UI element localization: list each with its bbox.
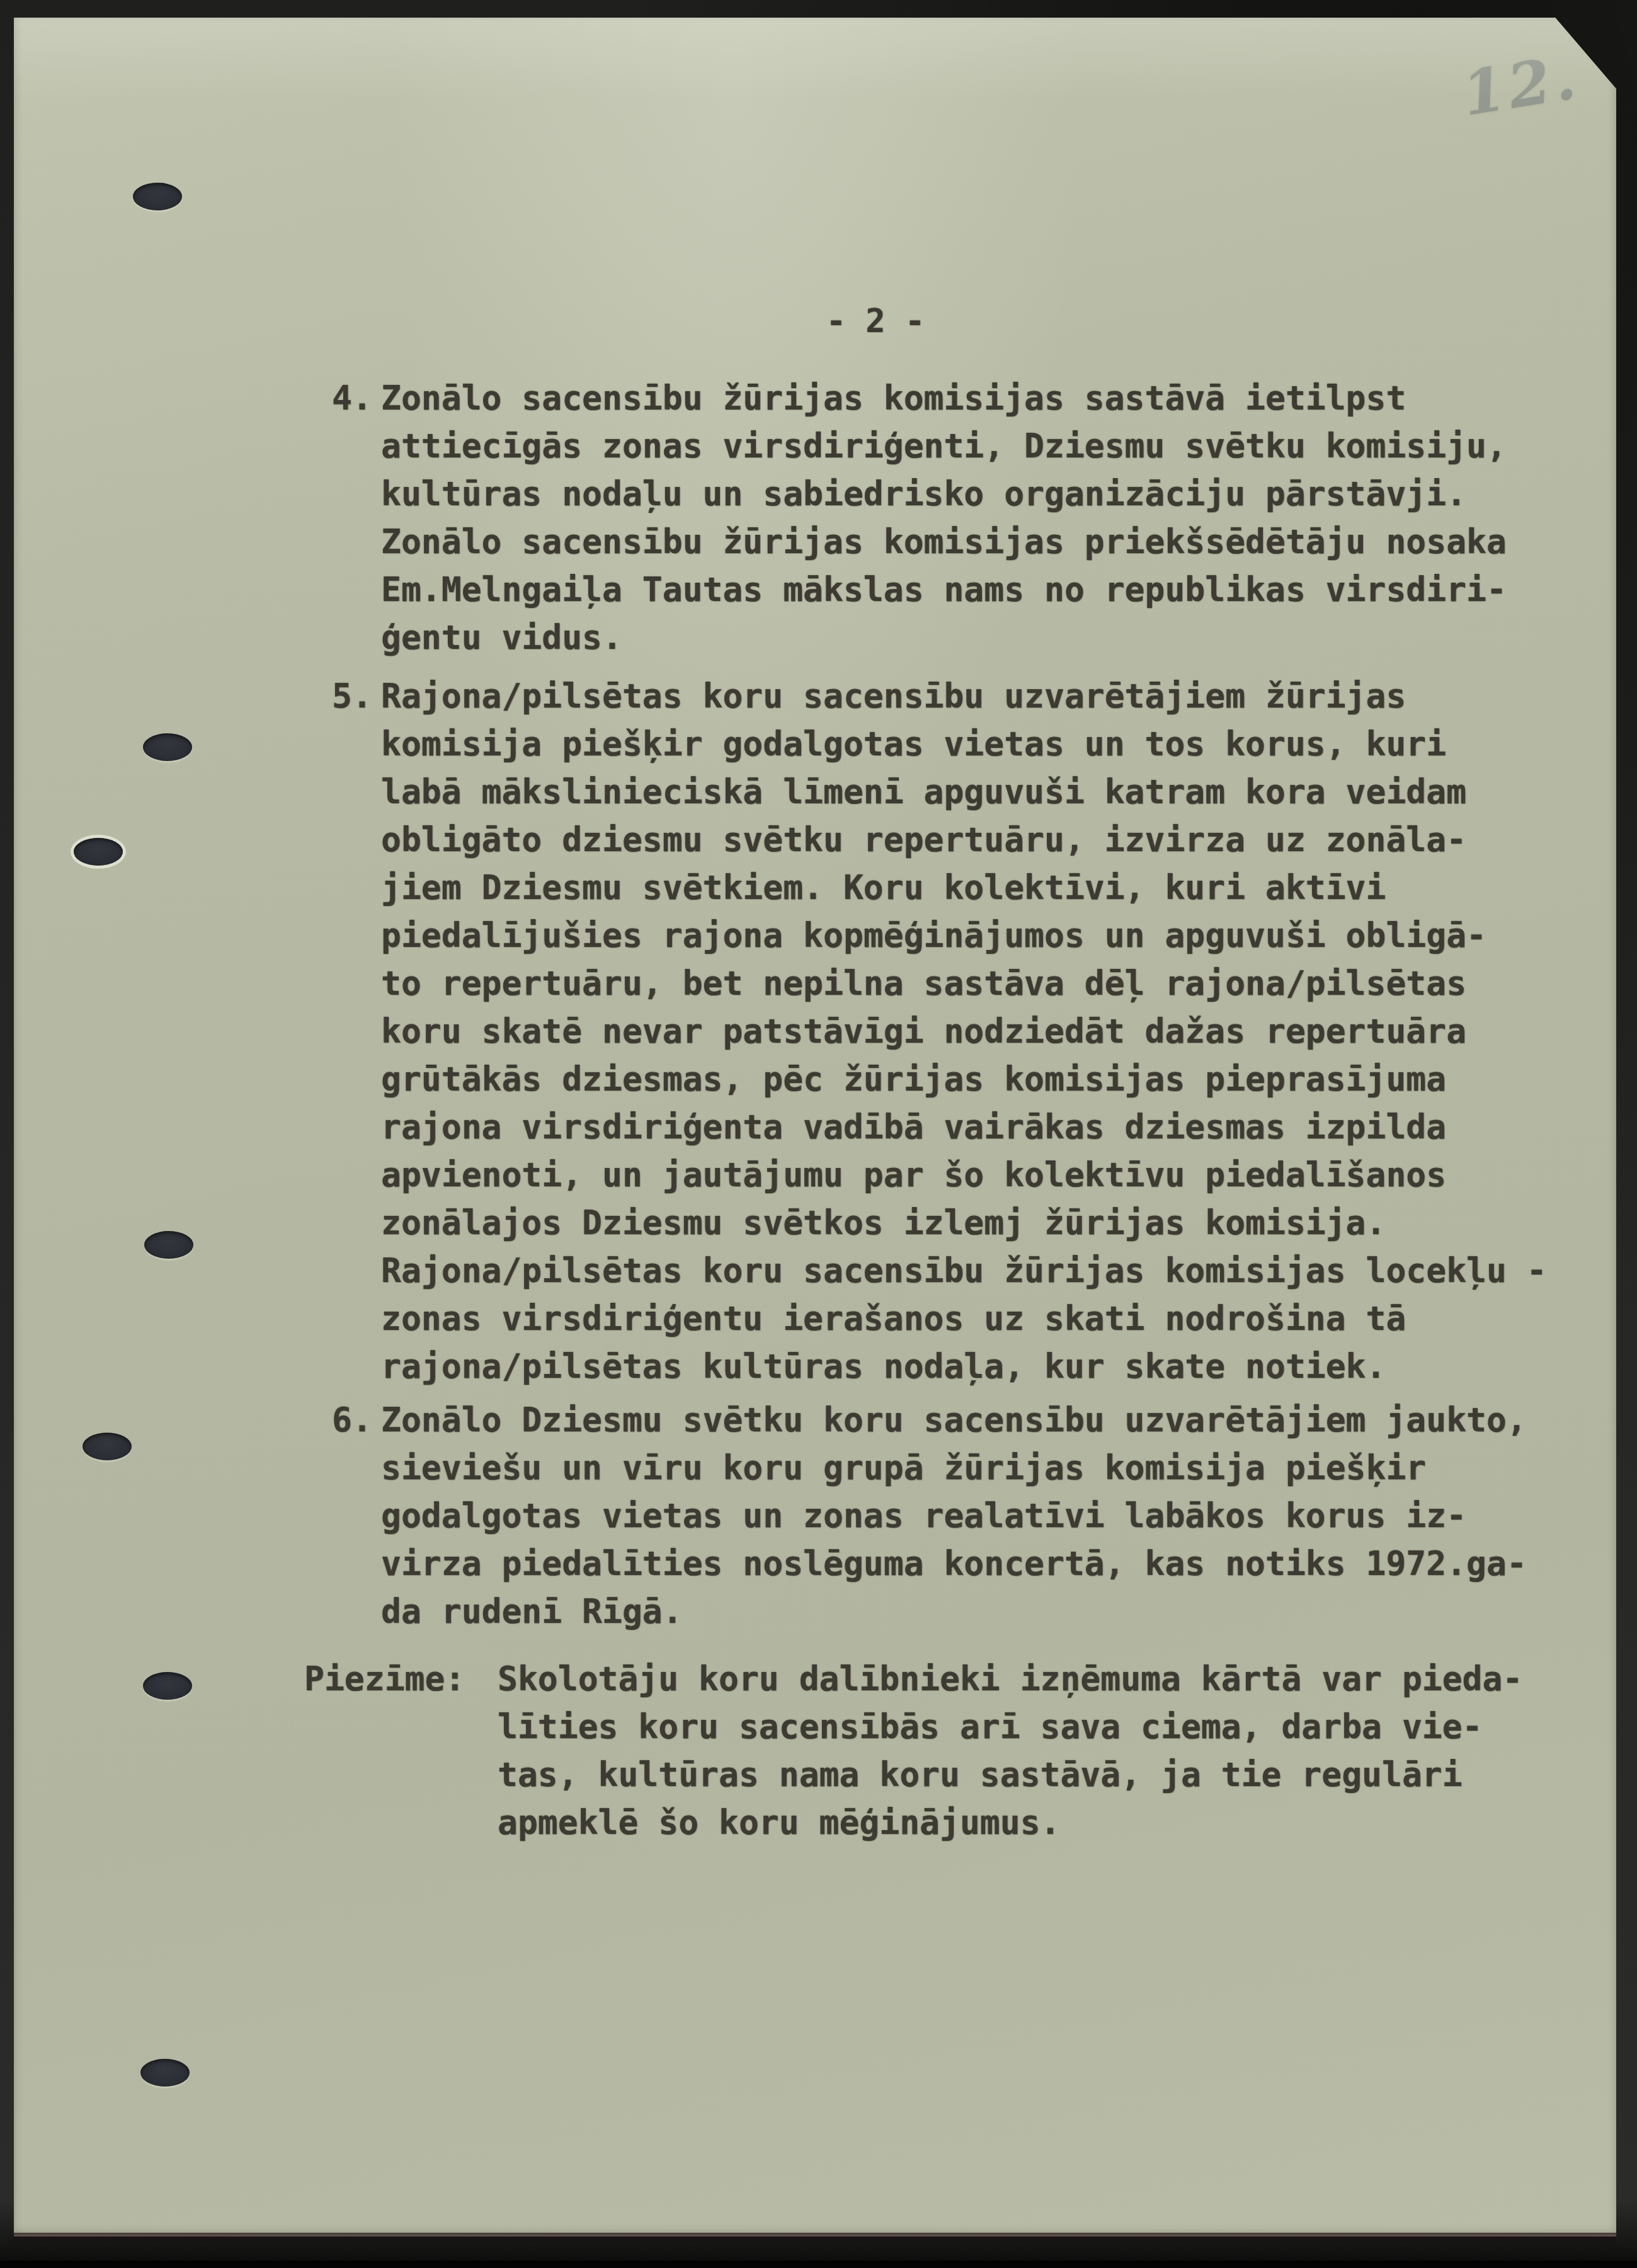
note-block: Piezīme: Skolotāju koru dalībnieki izņēm… <box>498 1656 1522 1847</box>
paragraph-text: Zonālo Dziesmu svētku koru sacensību uzv… <box>381 1397 1527 1636</box>
paragraph-5: 5. Rajona/pilsētas koru sacensību uzvarē… <box>381 673 1547 1391</box>
scan-background: 12. - 2 - 4. Zonālo sacensību žūrijas ko… <box>0 0 1637 2268</box>
document-page: 12. - 2 - 4. Zonālo sacensību žūrijas ko… <box>14 18 1616 2236</box>
paragraph-number: 5. <box>332 673 372 721</box>
paragraph-4: 4. Zonālo sacensību žūrijas komisijas sa… <box>381 375 1507 662</box>
punch-hole <box>144 1231 193 1259</box>
note-text: Skolotāju koru dalībnieki izņēmuma kārtā… <box>498 1656 1522 1847</box>
page-number: - 2 - <box>750 302 1001 340</box>
handwritten-page-number: 12. <box>1458 45 1583 126</box>
paragraph-6: 6. Zonālo Dziesmu svētku koru sacensību … <box>381 1397 1527 1636</box>
punch-hole <box>74 838 123 866</box>
paper-bottom-shadow <box>14 2233 1616 2243</box>
paragraph-number: 4. <box>332 375 372 423</box>
note-label: Piezīme: <box>304 1656 465 1704</box>
punch-hole <box>143 1672 192 1700</box>
paragraph-number: 6. <box>332 1397 372 1445</box>
paragraph-text: Rajona/pilsētas koru sacensību uzvarētāj… <box>381 673 1547 1391</box>
scan-edge-bar <box>0 2260 1637 2268</box>
punch-hole <box>133 183 182 210</box>
punch-hole <box>140 2059 190 2087</box>
punch-hole <box>83 1433 132 1460</box>
punch-hole <box>143 733 192 761</box>
paragraph-text: Zonālo sacensību žūrijas komisijas sastā… <box>381 375 1507 662</box>
